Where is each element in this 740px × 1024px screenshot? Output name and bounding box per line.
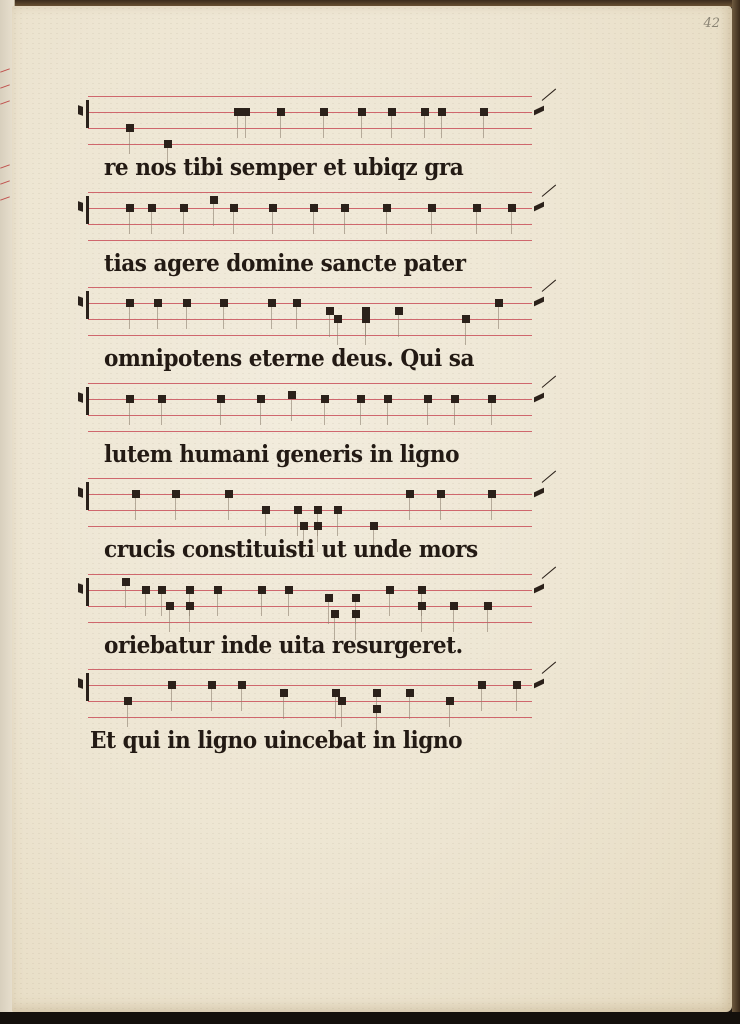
square-note <box>332 689 340 697</box>
square-note <box>421 108 429 116</box>
adjacent-staff-line <box>0 180 10 184</box>
square-note <box>293 299 301 307</box>
custos-icon <box>534 685 556 687</box>
square-note <box>513 681 521 689</box>
adjacent-staff-line <box>0 84 10 88</box>
square-note <box>166 602 174 610</box>
square-note <box>451 395 459 403</box>
square-note <box>288 391 296 399</box>
square-note <box>214 586 222 594</box>
square-note <box>142 586 150 594</box>
staff-line <box>88 96 532 97</box>
square-note <box>124 697 132 705</box>
square-note <box>362 307 370 315</box>
book-right-edge <box>732 0 740 1024</box>
square-note <box>383 204 391 212</box>
square-note <box>220 299 228 307</box>
square-note <box>495 299 503 307</box>
lyric-line: tias agere domine sancte pater <box>104 250 466 277</box>
staff-line <box>88 494 532 495</box>
square-note <box>280 689 288 697</box>
staff-line <box>88 144 532 145</box>
square-note <box>208 681 216 689</box>
adjacent-staff-line <box>0 100 10 104</box>
square-note <box>331 610 339 618</box>
square-note <box>257 395 265 403</box>
square-note <box>373 705 381 713</box>
square-note <box>294 506 302 514</box>
lyric-line: crucis constituisti ut unde mors <box>104 536 478 563</box>
square-note <box>126 395 134 403</box>
staff-line <box>88 526 532 527</box>
square-note <box>473 204 481 212</box>
staff-line <box>88 415 532 416</box>
staff-line <box>88 478 532 479</box>
square-note <box>406 490 414 498</box>
staff <box>88 478 532 528</box>
lyric-line: re nos tibi semper et ubiqz gra <box>104 154 463 181</box>
square-note <box>334 506 342 514</box>
staff-line <box>88 669 532 670</box>
square-note <box>341 204 349 212</box>
custos-icon <box>534 112 556 114</box>
square-note <box>183 299 191 307</box>
square-note <box>478 681 486 689</box>
square-note <box>325 594 333 602</box>
staff <box>88 383 532 433</box>
square-note <box>164 140 172 148</box>
square-note <box>126 124 134 132</box>
square-note <box>438 108 446 116</box>
square-note <box>269 204 277 212</box>
square-note <box>338 697 346 705</box>
square-note <box>406 689 414 697</box>
square-note <box>418 586 426 594</box>
square-note <box>395 307 403 315</box>
square-note <box>484 602 492 610</box>
square-note <box>370 522 378 530</box>
staff-line <box>88 701 532 702</box>
staff-line <box>88 606 532 607</box>
square-note <box>450 602 458 610</box>
square-note <box>428 204 436 212</box>
square-note <box>488 490 496 498</box>
square-note <box>186 586 194 594</box>
square-note <box>217 395 225 403</box>
square-note <box>462 315 470 323</box>
square-note <box>210 196 218 204</box>
square-note <box>285 586 293 594</box>
staff-line <box>88 112 532 113</box>
custos-icon <box>534 590 556 592</box>
book-bottom-edge <box>0 1012 740 1024</box>
square-note <box>300 522 308 530</box>
square-note <box>262 506 270 514</box>
lyric-line: omnipotens eterne deus. Qui sa <box>104 345 474 372</box>
staff <box>88 192 532 242</box>
square-note <box>488 395 496 403</box>
square-note <box>508 204 516 212</box>
square-note <box>154 299 162 307</box>
staff-line <box>88 224 532 225</box>
custos-icon <box>534 208 556 210</box>
square-note <box>362 315 370 323</box>
square-note <box>388 108 396 116</box>
staff <box>88 669 532 719</box>
square-note <box>352 594 360 602</box>
custos-icon <box>534 303 556 305</box>
square-note <box>242 108 250 116</box>
lyric-line: lutem humani generis in ligno <box>104 441 459 468</box>
lyric-line: Et qui in ligno uincebat in ligno <box>90 727 462 754</box>
square-note <box>418 602 426 610</box>
square-note <box>172 490 180 498</box>
square-note <box>126 299 134 307</box>
square-note <box>386 586 394 594</box>
square-note <box>358 108 366 116</box>
square-note <box>480 108 488 116</box>
staff-line <box>88 717 532 718</box>
custos-icon <box>534 399 556 401</box>
staff-line <box>88 287 532 288</box>
square-note <box>437 490 445 498</box>
folio-number: 42 <box>703 16 720 31</box>
square-note <box>122 578 130 586</box>
staff <box>88 96 532 146</box>
square-note <box>277 108 285 116</box>
square-note <box>268 299 276 307</box>
square-note <box>158 395 166 403</box>
staff <box>88 574 532 624</box>
square-note <box>424 395 432 403</box>
square-note <box>186 602 194 610</box>
square-note <box>225 490 233 498</box>
square-note <box>132 490 140 498</box>
staff-line <box>88 574 532 575</box>
square-note <box>238 681 246 689</box>
adjacent-staff-line <box>0 164 10 168</box>
square-note <box>314 506 322 514</box>
staff-line <box>88 431 532 432</box>
adjacent-staff-line <box>0 196 10 200</box>
square-note <box>334 315 342 323</box>
staff-line <box>88 240 532 241</box>
staff-line <box>88 622 532 623</box>
square-note <box>320 108 328 116</box>
staff-line <box>88 510 532 511</box>
square-note <box>180 204 188 212</box>
staff <box>88 287 532 337</box>
staff-line <box>88 383 532 384</box>
adjacent-staff-line <box>0 68 10 72</box>
staff-line <box>88 192 532 193</box>
square-note <box>357 395 365 403</box>
square-note <box>373 689 381 697</box>
square-note <box>352 610 360 618</box>
square-note <box>234 108 242 116</box>
lyric-line: oriebatur inde uita resurgeret. <box>104 632 463 659</box>
staff-line <box>88 128 532 129</box>
square-note <box>326 307 334 315</box>
square-note <box>168 681 176 689</box>
square-note <box>321 395 329 403</box>
staff-line <box>88 685 532 686</box>
square-note <box>314 522 322 530</box>
custos-icon <box>534 494 556 496</box>
square-note <box>384 395 392 403</box>
square-note <box>258 586 266 594</box>
square-note <box>126 204 134 212</box>
square-note <box>158 586 166 594</box>
staff-line <box>88 399 532 400</box>
square-note <box>230 204 238 212</box>
staff-line <box>88 590 532 591</box>
square-note <box>148 204 156 212</box>
square-note <box>446 697 454 705</box>
square-note <box>310 204 318 212</box>
